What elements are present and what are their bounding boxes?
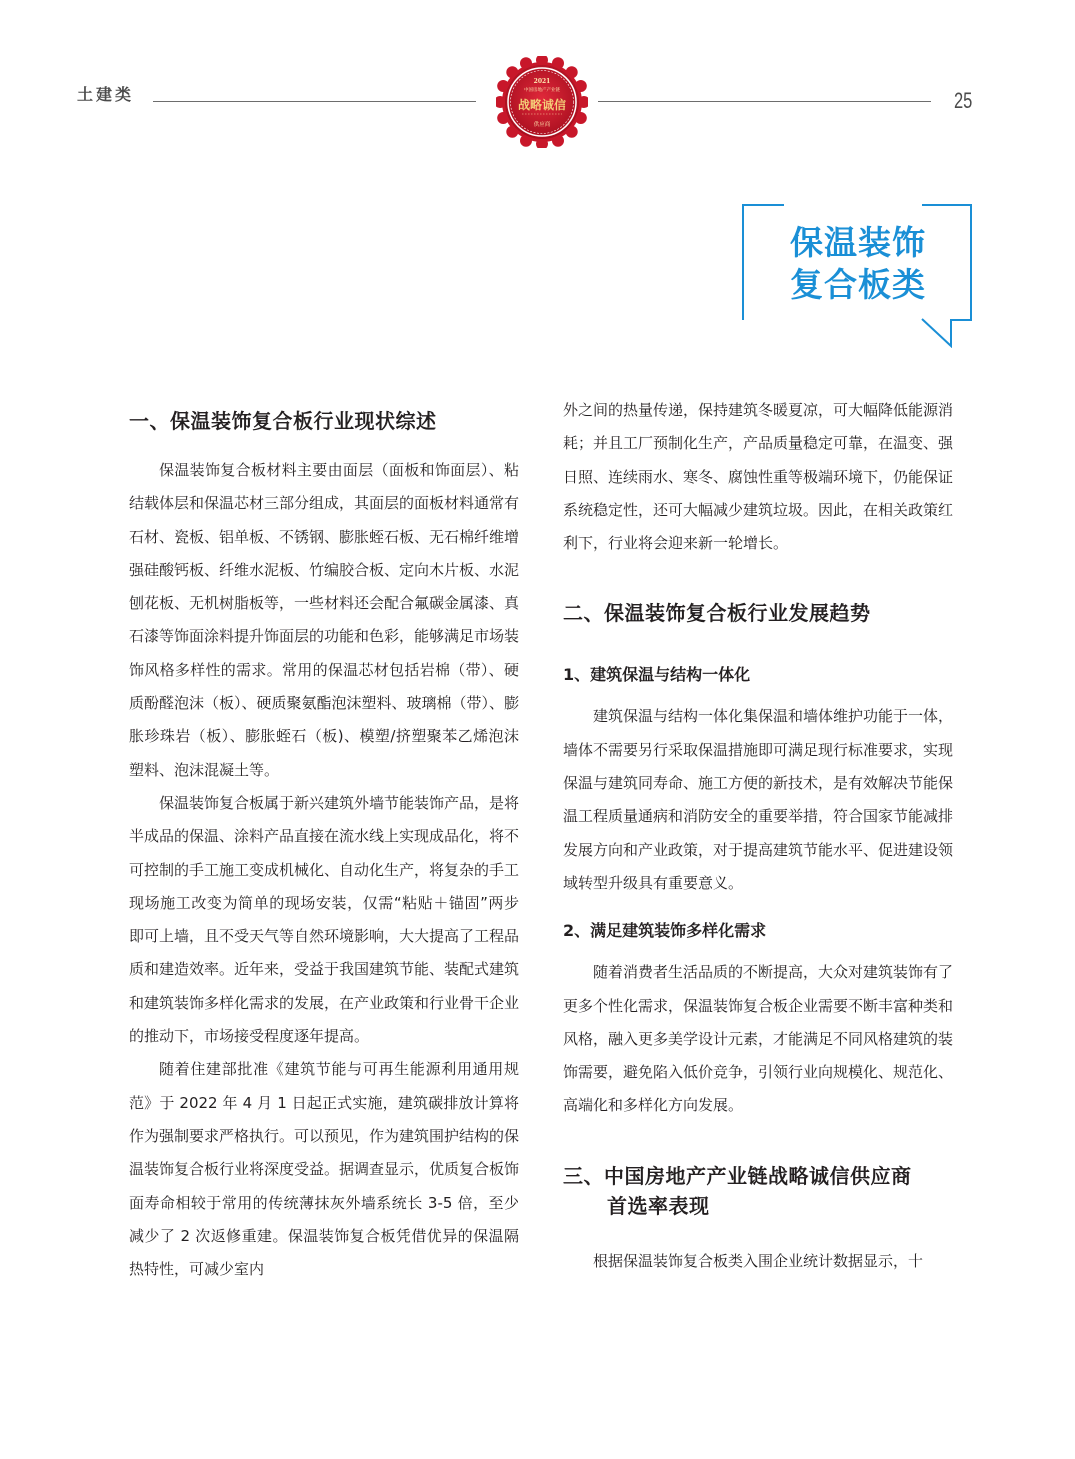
paragraph: 保温装饰复合板属于新兴建筑外墙节能装饰产品，是将半成品的保温、涂料产品直接在流水… [129, 787, 519, 1053]
section-heading-3-line1: 三、中国房地产产业链战略诚信供应商 [563, 1164, 912, 1188]
paragraph: 随着消费者生活品质的不断提高，大众对建筑装饰有了更多个性化需求，保温装饰复合板企… [563, 956, 953, 1122]
paragraph: 根据保温装饰复合板类入围企业统计数据显示，十 [563, 1245, 953, 1278]
section-heading-1: 一、保温装饰复合板行业现状综述 [129, 408, 519, 434]
section-heading-3-line2: 首选率表现 [563, 1191, 953, 1221]
page-number: 25 [954, 88, 972, 114]
subsection-heading-2: 2、满足建筑装饰多样化需求 [563, 920, 953, 942]
category-title-line2: 复合板类 [742, 264, 974, 306]
paragraph-continuation: 外之间的热量传递，保持建筑冬暖夏凉，可大幅降低能源消耗；并且工厂预制化生产，产品… [563, 394, 953, 560]
page-header: 土建类 [0, 0, 1075, 160]
subsection-heading-1: 1、建筑保温与结构一体化 [563, 664, 953, 686]
section-heading-2: 二、保温装饰复合板行业发展趋势 [563, 600, 953, 626]
badge-footer: 供应商 [496, 120, 588, 128]
badge-title: 战略诚信 [496, 96, 588, 113]
left-column: 一、保温装饰复合板行业现状综述 保温装饰复合板材料主要由面层（面板和饰面层）、粘… [129, 400, 519, 1286]
section-label: 土建类 [77, 82, 134, 105]
badge-year: 2021 [496, 78, 588, 85]
section-heading-3: 三、中国房地产产业链战略诚信供应商 首选率表现 [563, 1161, 953, 1221]
header-divider-left [153, 101, 476, 102]
badge-subtitle: 中国房地产产业链 [496, 87, 588, 93]
right-column: 外之间的热量传递，保持建筑冬暖夏凉，可大幅降低能源消耗；并且工厂预制化生产，产品… [563, 400, 953, 1278]
header-divider-right [598, 101, 931, 102]
category-callout: 保温装饰 复合板类 [742, 204, 974, 348]
award-badge: 2021 中国房地产产业链 战略诚信 供应商 [496, 56, 588, 148]
paragraph: 保温装饰复合板材料主要由面层（面板和饰面层）、粘结载体层和保温芯材三部分组成，其… [129, 454, 519, 787]
category-title: 保温装饰 复合板类 [742, 222, 974, 306]
paragraph: 随着住建部批准《建筑节能与可再生能源利用通用规范》于 2022 年 4 月 1 … [129, 1053, 519, 1286]
category-title-line1: 保温装饰 [742, 222, 974, 264]
paragraph: 建筑保温与结构一体化集保温和墙体维护功能于一体，墙体不需要另行采取保温措施即可满… [563, 700, 953, 900]
